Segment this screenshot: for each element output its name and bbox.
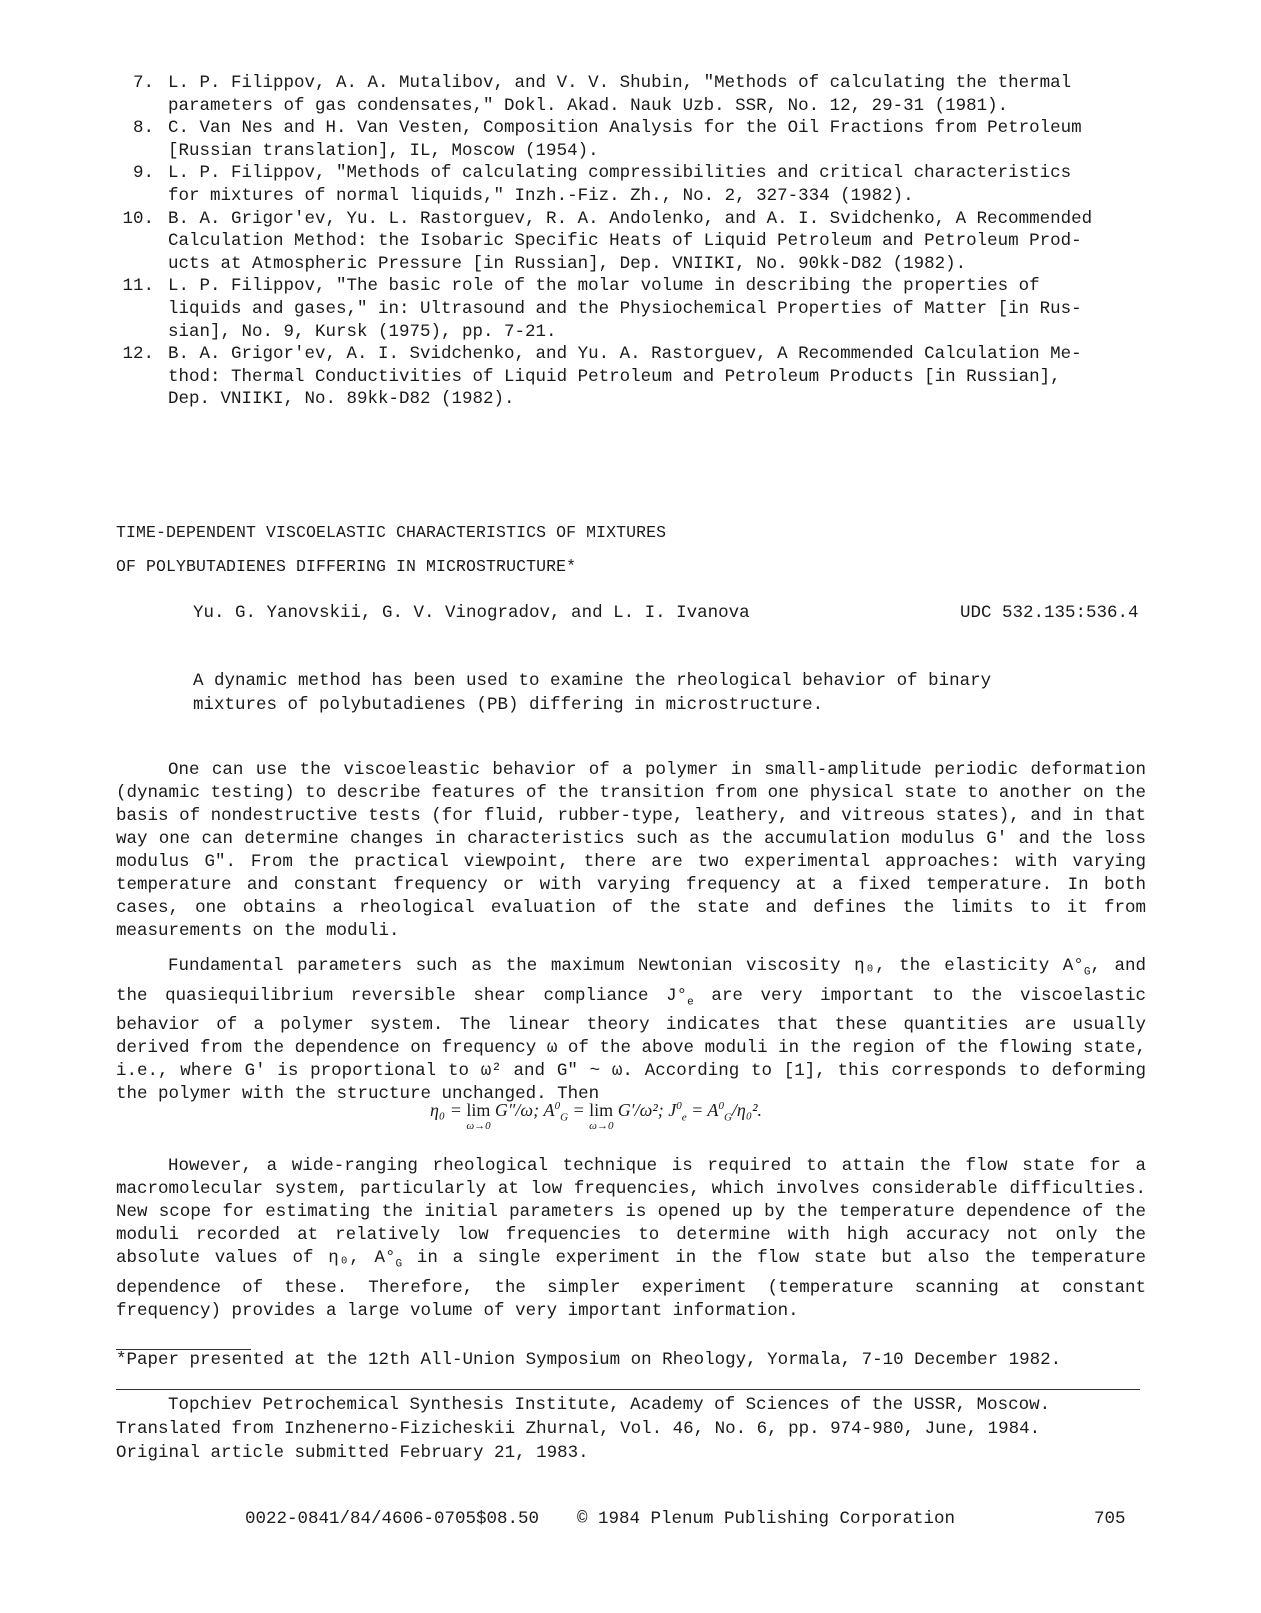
reference-line: L. P. Filippov, "Methods of calculating …	[168, 162, 1146, 185]
reference-number: 7.	[116, 72, 168, 117]
article-title-line-2: OF POLYBUTADIENES DIFFERING IN MICROSTRU…	[116, 557, 576, 576]
reference-line: [Russian translation], IL, Moscow (1954)…	[168, 140, 1146, 163]
formula-part: =	[568, 1100, 589, 1120]
text-span: Fundamental parameters such as the maxim…	[168, 956, 1084, 976]
formula-part: = A	[687, 1100, 719, 1120]
lim-text: lim	[466, 1100, 490, 1120]
reference-number: 10.	[116, 208, 168, 276]
article-title-line-1: TIME-DEPENDENT VISCOELASTIC CHARACTERIST…	[116, 523, 666, 542]
lim-subscript: ω→0	[466, 1120, 490, 1132]
reference-line: parameters of gas condensates," Dokl. Ak…	[168, 95, 1146, 118]
article-authors: Yu. G. Yanovskii, G. V. Vinogradov, and …	[193, 603, 750, 623]
affiliation-line: Original article submitted February 21, …	[116, 1441, 1146, 1465]
body-paragraph-2: Fundamental parameters such as the maxim…	[116, 955, 1146, 1106]
abstract-line: mixtures of polybutadienes (PB) differin…	[193, 693, 1073, 717]
reference-line: thod: Thermal Conductivities of Liquid P…	[168, 366, 1146, 389]
reference-line: Calculation Method: the Isobaric Specifi…	[168, 230, 1146, 253]
reference-item: 11. L. P. Filippov, "The basic role of t…	[116, 275, 1146, 343]
paragraph-text: Fundamental parameters such as the maxim…	[116, 955, 1146, 1106]
lim-subscript: ω→0	[589, 1120, 613, 1132]
abstract-line: A dynamic method has been used to examin…	[193, 669, 1073, 693]
copyright-notice: © 1984 Plenum Publishing Corporation	[577, 1509, 955, 1529]
reference-text: L. P. Filippov, A. A. Mutalibov, and V. …	[168, 72, 1146, 117]
body-paragraph-3: However, a wide-ranging rheological tech…	[116, 1155, 1146, 1323]
affiliation-line: Topchiev Petrochemical Synthesis Institu…	[116, 1393, 1146, 1417]
limit-operator: limω→0	[466, 1100, 490, 1121]
reference-item: 12. B. A. Grigor'ev, A. I. Svidchenko, a…	[116, 343, 1146, 411]
reference-text: L. P. Filippov, "The basic role of the m…	[168, 275, 1146, 343]
affiliation-block: Topchiev Petrochemical Synthesis Institu…	[116, 1393, 1146, 1465]
reference-number: 11.	[116, 275, 168, 343]
affiliation-divider	[116, 1389, 1140, 1390]
udc-code: UDC 532.135:536.4	[960, 603, 1139, 623]
reference-line: L. P. Filippov, A. A. Mutalibov, and V. …	[168, 72, 1146, 95]
abstract: A dynamic method has been used to examin…	[193, 669, 1073, 717]
document-page: 7. L. P. Filippov, A. A. Mutalibov, and …	[0, 0, 1261, 1613]
lim-text: lim	[589, 1100, 613, 1120]
publication-code: 0022-0841/84/4606-0705$08.50	[245, 1509, 539, 1529]
formula-part: /η₀².	[732, 1100, 762, 1120]
reference-line: C. Van Nes and H. Van Vesten, Compositio…	[168, 117, 1146, 140]
footnote: *Paper presented at the 12th All-Union S…	[116, 1350, 1061, 1370]
reference-line: L. P. Filippov, "The basic role of the m…	[168, 275, 1146, 298]
paragraph-text: One can use the viscoeleastic behavior o…	[116, 759, 1146, 943]
page-number: 705	[1094, 1509, 1126, 1529]
reference-line: Dep. VNIIKI, No. 89kk-D82 (1982).	[168, 388, 1146, 411]
formula-part: G′/ω²; J	[613, 1100, 676, 1120]
reference-item: 7. L. P. Filippov, A. A. Mutalibov, and …	[116, 72, 1146, 117]
reference-item: 8. C. Van Nes and H. Van Vesten, Composi…	[116, 117, 1146, 162]
reference-line: sian], No. 9, Kursk (1975), pp. 7-21.	[168, 321, 1146, 344]
paragraph-text: However, a wide-ranging rheological tech…	[116, 1155, 1146, 1323]
reference-number: 12.	[116, 343, 168, 411]
reference-line: ucts at Atmospheric Pressure [in Russian…	[168, 253, 1146, 276]
reference-list: 7. L. P. Filippov, A. A. Mutalibov, and …	[116, 72, 1146, 411]
body-paragraph-1: One can use the viscoeleastic behavior o…	[116, 759, 1146, 943]
subscript: G	[724, 1112, 732, 1124]
reference-item: 10. B. A. Grigor'ev, Yu. L. Rastorguev, …	[116, 208, 1146, 276]
equation: η₀ = limω→0 G″/ω; A0G = limω→0 G′/ω²; J0…	[430, 1100, 762, 1124]
reference-text: B. A. Grigor'ev, A. I. Svidchenko, and Y…	[168, 343, 1146, 411]
reference-line: B. A. Grigor'ev, A. I. Svidchenko, and Y…	[168, 343, 1146, 366]
superscript: 0	[676, 1100, 682, 1112]
formula-part: η₀ =	[430, 1100, 466, 1120]
reference-line: B. A. Grigor'ev, Yu. L. Rastorguev, R. A…	[168, 208, 1146, 231]
reference-text: B. A. Grigor'ev, Yu. L. Rastorguev, R. A…	[168, 208, 1146, 276]
superscript: 0	[555, 1100, 561, 1112]
subscript: G	[560, 1112, 568, 1124]
reference-text: L. P. Filippov, "Methods of calculating …	[168, 162, 1146, 207]
reference-text: C. Van Nes and H. Van Vesten, Compositio…	[168, 117, 1146, 162]
reference-line: liquids and gases," in: Ultrasound and t…	[168, 298, 1146, 321]
subscript: e	[687, 996, 694, 1008]
limit-operator: limω→0	[589, 1100, 613, 1121]
reference-number: 9.	[116, 162, 168, 207]
reference-line: for mixtures of normal liquids," Inzh.-F…	[168, 185, 1146, 208]
formula-part: G″/ω; A	[490, 1100, 554, 1120]
affiliation-line: Translated from Inzhenerno-Fizicheskii Z…	[116, 1417, 1146, 1441]
reference-number: 8.	[116, 117, 168, 162]
superscript: 0	[718, 1100, 724, 1112]
reference-item: 9. L. P. Filippov, "Methods of calculati…	[116, 162, 1146, 207]
